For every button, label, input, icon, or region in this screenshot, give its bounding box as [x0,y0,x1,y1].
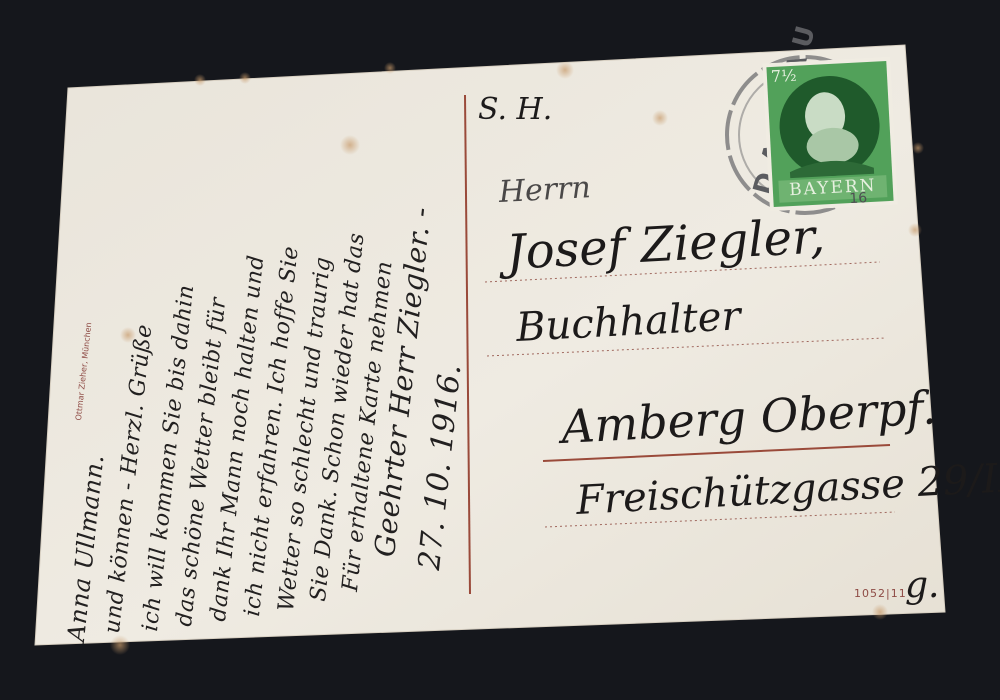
card-number: 1052|11 [854,587,907,600]
stamp-denomination: 7½ [770,66,797,86]
postage-stamp: BAYERN 7½ 16 [762,57,898,211]
postmark-year: 16 [849,190,868,207]
address-title: Herrn [498,170,592,210]
address-suffix: g. [905,565,940,606]
address-salutation: S. H. [478,92,552,127]
